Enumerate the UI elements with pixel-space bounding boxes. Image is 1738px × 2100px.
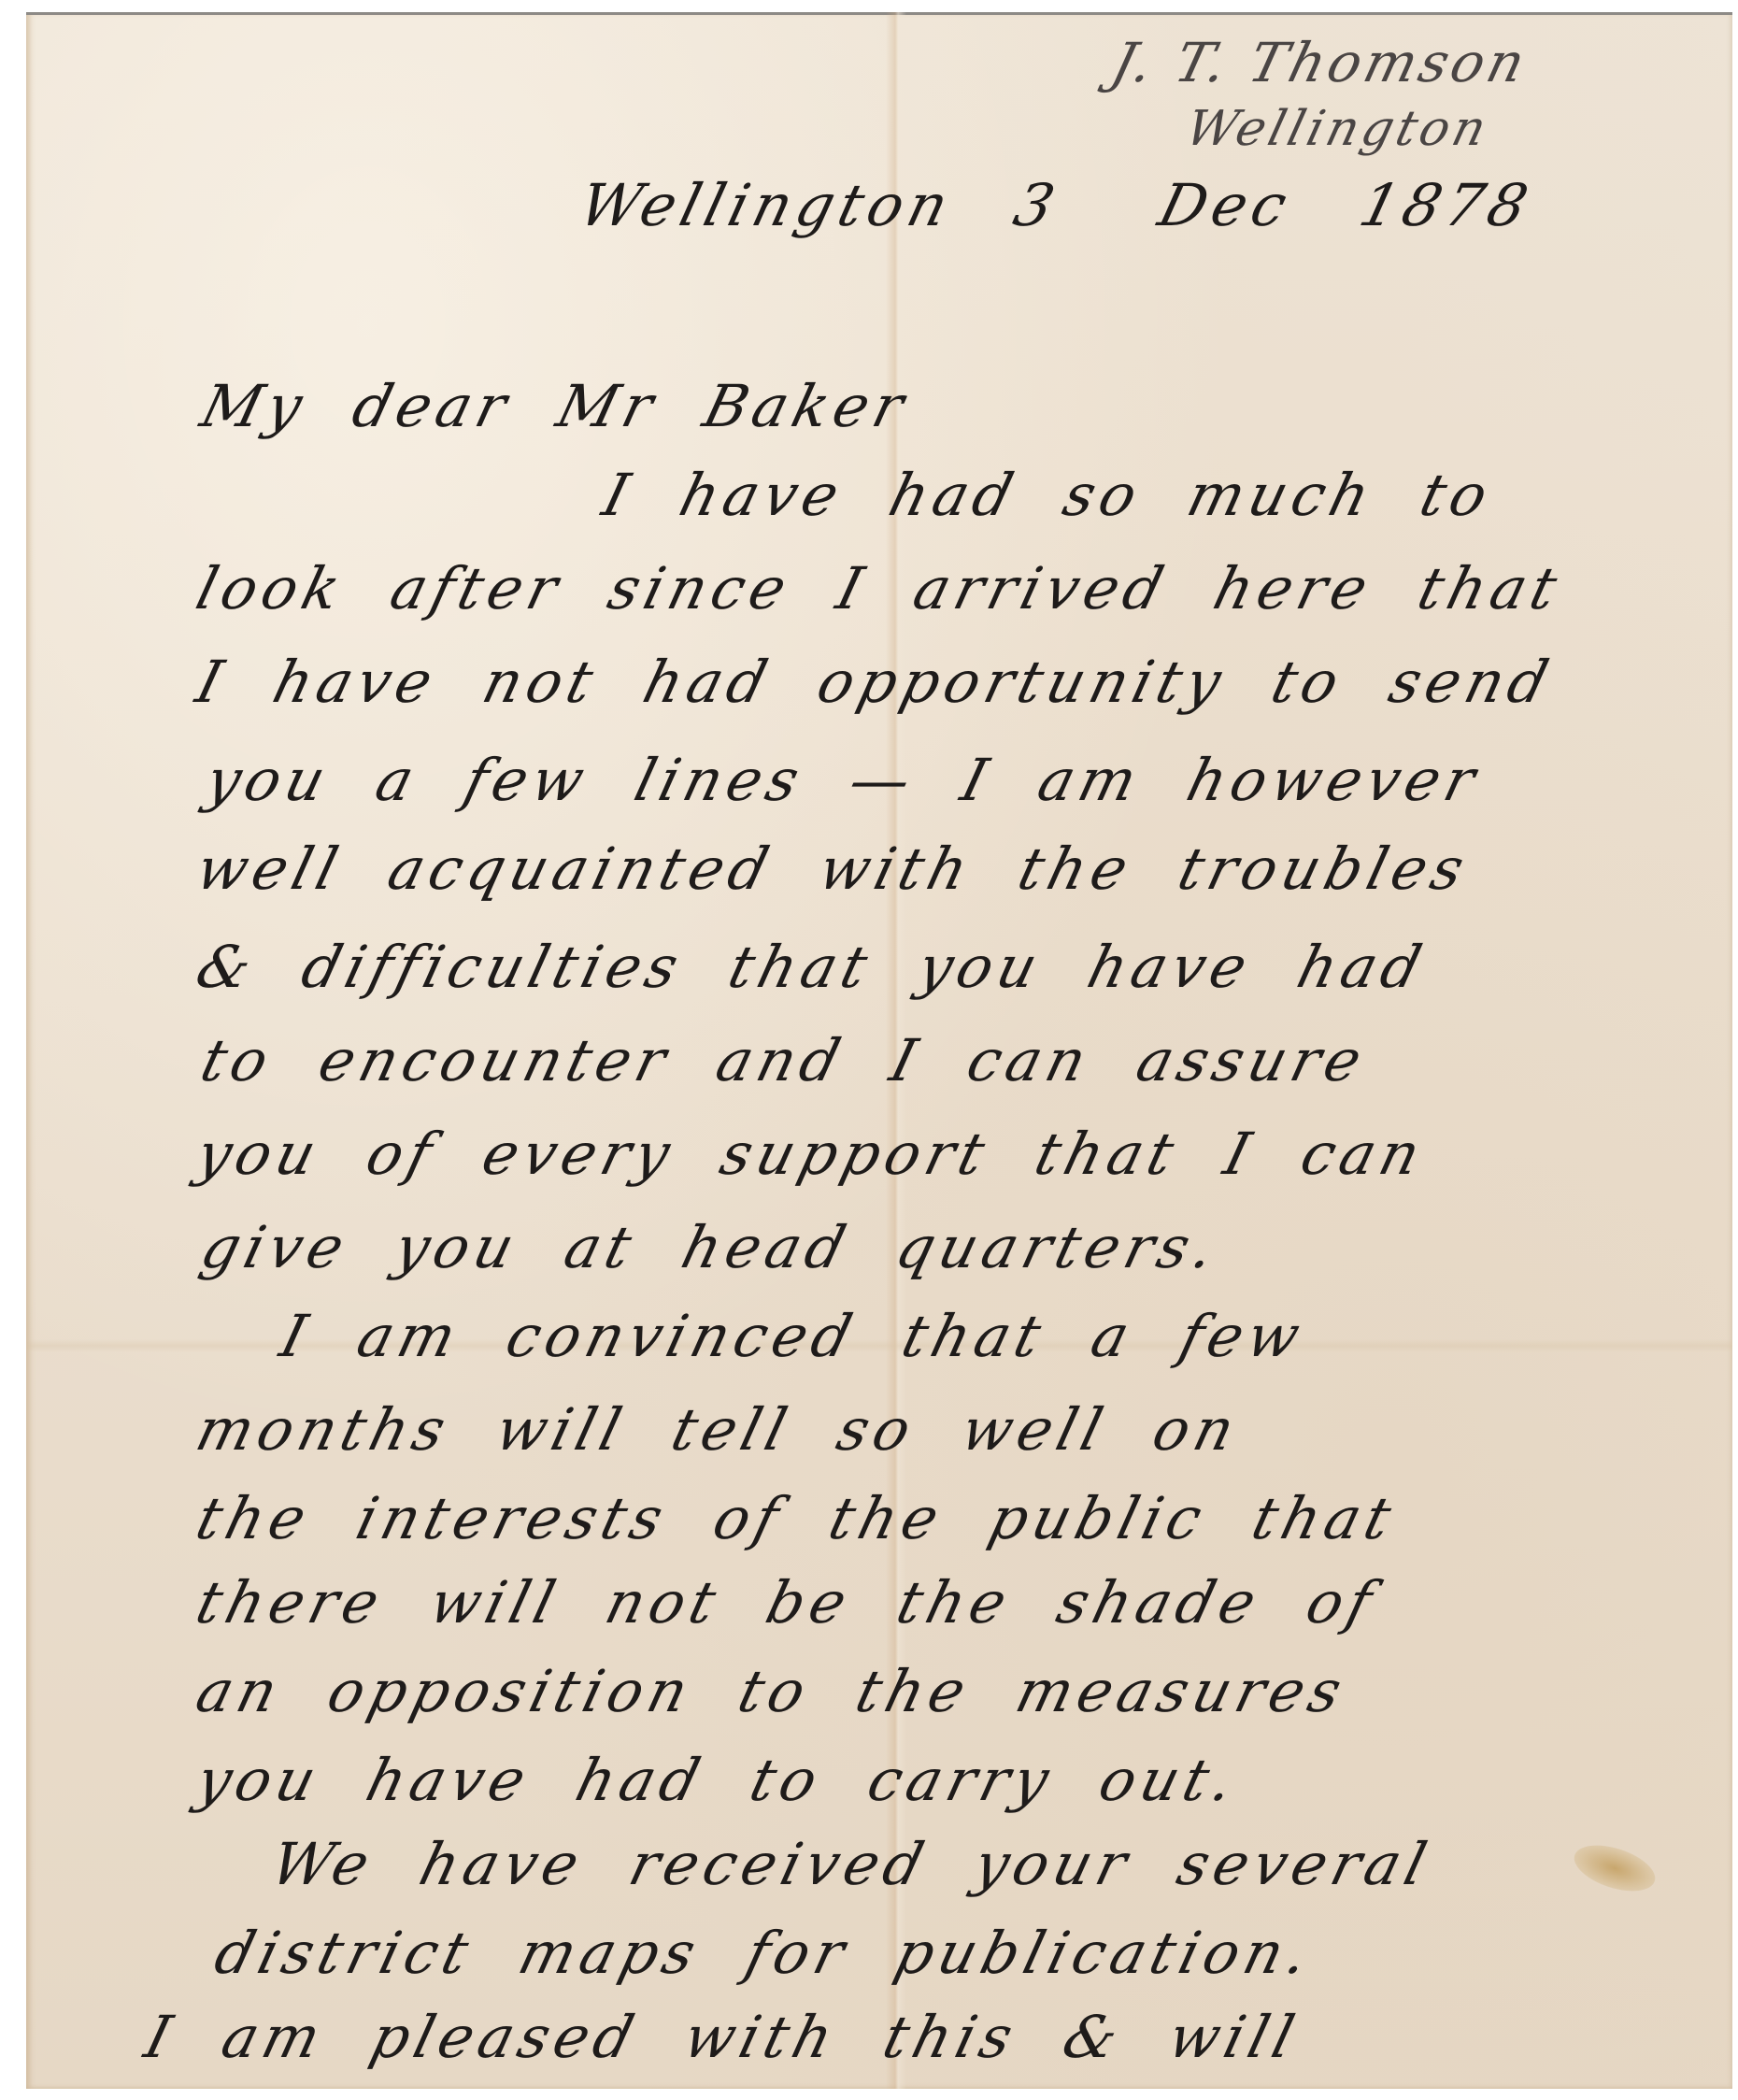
body-line: give you at head quarters.: [194, 1213, 1227, 1281]
body-line: I am pleased with this & will: [138, 2003, 1306, 2071]
body-line: you have had to carry out.: [190, 1746, 1246, 1814]
body-line: months will tell so well on: [190, 1395, 1247, 1464]
body-line: district maps for publication.: [208, 1919, 1320, 1987]
body-line: & difficulties that you have had: [190, 933, 1433, 1001]
body-line: the interests of the public that: [190, 1484, 1403, 1552]
dateline-month: Dec: [1152, 171, 1299, 239]
dateline-place: Wellington: [573, 171, 961, 239]
annotation-name: J. T. Thomson: [1105, 31, 1535, 94]
body-line: I am convinced that a few: [274, 1302, 1312, 1370]
salutation: My dear Mr Baker: [194, 372, 916, 440]
body-line: there will not be the shade of: [190, 1568, 1384, 1636]
body-line: to encounter and I can assure: [194, 1026, 1374, 1094]
body-line: We have received your several: [264, 1830, 1439, 1898]
body-line: look after since I arrived here that: [190, 554, 1569, 622]
dateline-year: 1878: [1353, 171, 1540, 239]
body-line: well acquainted with the troubles: [190, 835, 1476, 903]
body-line: I have had so much to: [596, 461, 1500, 529]
body-line: you of every support that I can: [190, 1120, 1432, 1188]
dateline-day: 3: [1007, 171, 1067, 239]
annotation-place: Wellington: [1180, 101, 1495, 157]
body-line: you a few lines — I am however: [199, 746, 1488, 814]
paper-stain: [1569, 1836, 1661, 1900]
letter-page: J. T. Thomson Wellington Wellington 3 De…: [26, 12, 1732, 2089]
body-line: I have not had opportunity to send: [190, 648, 1560, 716]
body-line: an opposition to the measures: [190, 1657, 1354, 1725]
